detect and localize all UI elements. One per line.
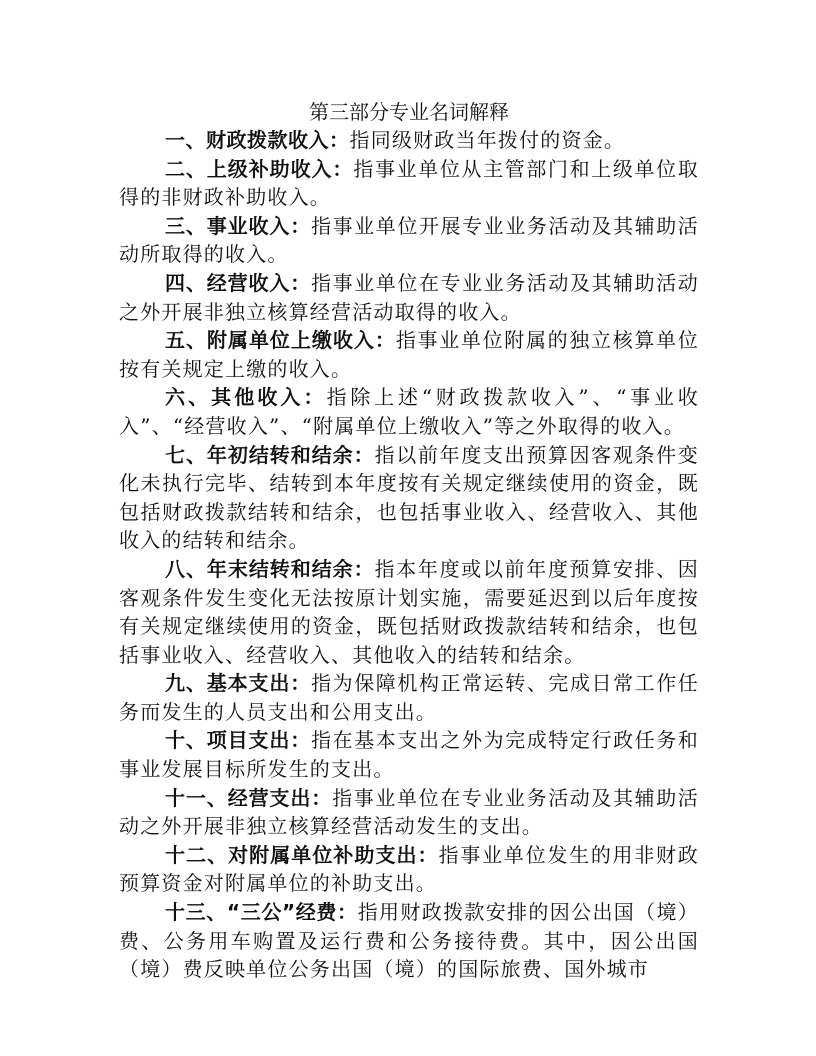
entry-definition: 指同级财政当年拨付的资金。 (350, 128, 626, 152)
entry-3: 三、事业收入：指事业单位开展专业业务活动及其辅助活动所取得的收入。 (119, 212, 699, 269)
entry-term: 六、其他收入： (165, 385, 327, 409)
entry-13: 十三、“三公”经费：指用财政拨款安排的因公出国（境）费、公务用车购置及运行费和公… (119, 898, 699, 984)
entry-9: 九、基本支出：指为保障机构正常运转、完成日常工作任务而发生的人员支出和公用支出。 (119, 669, 699, 726)
page-title: 第三部分专业名词解释 (119, 98, 699, 126)
entry-1: 一、财政拨款收入：指同级财政当年拨付的资金。 (119, 126, 699, 155)
entry-term: 十三、“三公”经费： (165, 900, 358, 924)
entry-term: 十二、对附属单位补助支出： (165, 843, 439, 867)
entry-7: 七、年初结转和结余：指以前年度支出预算因客观条件变化未执行完毕、结转到本年度按有… (119, 441, 699, 555)
entry-11: 十一、经营支出：指事业单位在专业业务活动及其辅助活动之外开展非独立核算经营活动发… (119, 784, 699, 841)
entry-term: 十一、经营支出： (165, 786, 332, 810)
entry-12: 十二、对附属单位补助支出：指事业单位发生的用非财政预算资金对附属单位的补助支出。 (119, 841, 699, 898)
entry-2: 二、上级补助收入：指事业单位从主管部门和上级单位取得的非财政补助收入。 (119, 155, 699, 212)
entry-term: 八、年末结转和结余： (165, 557, 375, 581)
entry-term: 九、基本支出： (165, 671, 311, 695)
entry-4: 四、经营收入：指事业单位在专业业务活动及其辅助活动之外开展非独立核算经营活动取得… (119, 269, 699, 326)
entry-term: 四、经营收入： (165, 271, 311, 295)
entry-10: 十、项目支出：指在基本支出之外为完成特定行政任务和事业发展目标所发生的支出。 (119, 726, 699, 783)
entry-term: 五、附属单位上缴收入： (165, 328, 396, 352)
entry-term: 二、上级补助收入： (165, 157, 353, 181)
document-page: 第三部分专业名词解释 一、财政拨款收入：指同级财政当年拨付的资金。 二、上级补助… (119, 98, 699, 984)
entry-term: 一、财政拨款收入： (165, 128, 350, 152)
entry-6: 六、其他收入：指除上述“财政拨款收入”、“事业收入”、“经营收入”、“附属单位上… (119, 383, 699, 440)
entry-8: 八、年末结转和结余：指本年度或以前年度预算安排、因客观条件发生变化无法按原计划实… (119, 555, 699, 669)
entry-term: 七、年初结转和结余： (165, 443, 375, 467)
entry-5: 五、附属单位上缴收入：指事业单位附属的独立核算单位按有关规定上缴的收入。 (119, 326, 699, 383)
entry-term: 十、项目支出： (165, 728, 311, 752)
entry-term: 三、事业收入： (165, 214, 311, 238)
